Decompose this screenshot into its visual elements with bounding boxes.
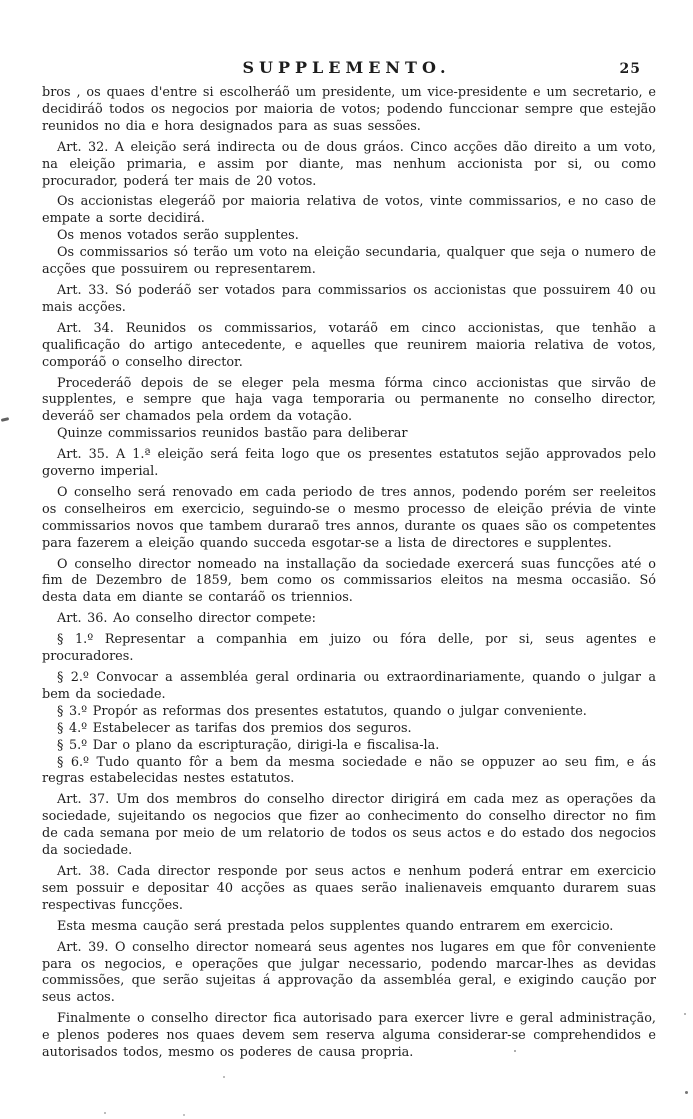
document-body: bros , os quaes d'entre si escolheráõ um… <box>42 85 656 1062</box>
scan-speck <box>684 1013 686 1015</box>
scan-speck <box>223 1076 225 1078</box>
paragraph: § 5.º Dar o plano da escripturação, diri… <box>42 738 656 755</box>
paragraph: Art. 39. O conselho director nomeará seu… <box>42 940 656 1008</box>
paragraph: Os commissarios só terão um voto na elei… <box>42 245 656 279</box>
scan-speck <box>1 417 9 422</box>
paragraph: Art. 35. A 1.ª eleição será feita logo q… <box>42 447 656 481</box>
page-header: SUPPLEMENTO. 25 <box>0 58 693 82</box>
scan-speck <box>104 1112 106 1114</box>
paragraph: O conselho será renovado em cada periodo… <box>42 485 656 553</box>
paragraph: § 6.º Tudo quanto fôr a bem da mesma soc… <box>42 755 656 789</box>
scan-speck <box>183 1114 185 1116</box>
paragraph: Finalmente o conselho director fica auto… <box>42 1011 656 1062</box>
paragraph: O conselho director nomeado na installaç… <box>42 557 656 608</box>
page-title: SUPPLEMENTO. <box>0 58 693 77</box>
paragraph: Art. 36. Ao conselho director compete: <box>42 611 656 628</box>
page-number: 25 <box>620 61 641 77</box>
paragraph: § 3.º Propór as reformas dos presentes e… <box>42 704 656 721</box>
paragraph: Art. 37. Um dos membros do conselho dire… <box>42 792 656 860</box>
paragraph: Art. 38. Cada director responde por seus… <box>42 864 656 915</box>
paragraph: Art. 33. Só poderáõ ser votados para com… <box>42 283 656 317</box>
paragraph: § 4.º Estabelecer as tarifas dos premios… <box>42 721 656 738</box>
paragraph: § 1.º Representar a companhia em juizo o… <box>42 632 656 666</box>
paragraph: Art. 34. Reunidos os commissarios, votar… <box>42 321 656 372</box>
paragraph: Procederáõ depois de se eleger pela mesm… <box>42 376 656 427</box>
paragraph: Quinze commissarios reunidos bastão para… <box>42 426 656 443</box>
document-page: SUPPLEMENTO. 25 bros , os quaes d'entre … <box>0 0 693 1119</box>
paragraph: Os accionistas elegeráõ por maioria rela… <box>42 194 656 228</box>
scan-speck <box>514 1050 516 1052</box>
paragraph: Os menos votados serão supplentes. <box>42 228 656 245</box>
paragraph: § 2.º Convocar a assembléa geral ordinar… <box>42 670 656 704</box>
scan-speck <box>685 1091 688 1094</box>
paragraph: Art. 32. A eleição será indirecta ou de … <box>42 140 656 191</box>
paragraph: bros , os quaes d'entre si escolheráõ um… <box>42 85 656 136</box>
paragraph: Esta mesma caução será prestada pelos su… <box>42 919 656 936</box>
